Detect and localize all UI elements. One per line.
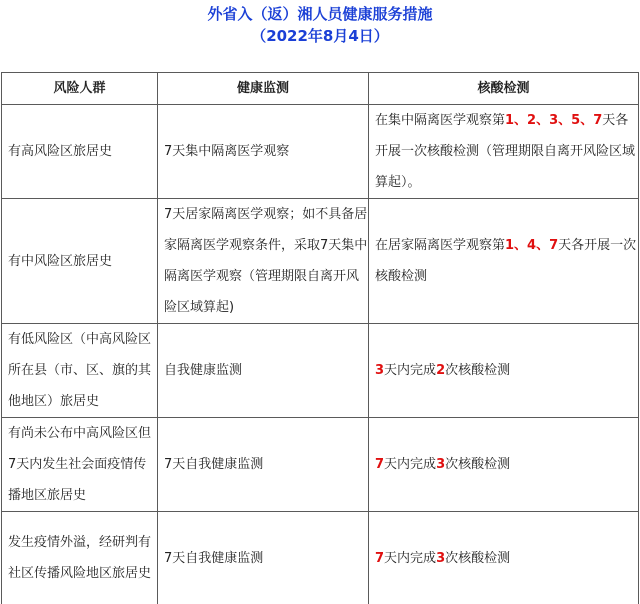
testing-text: 天内完成 [384, 363, 436, 378]
policy-table: 风险人群 健康监测 核酸检测 有高风险区旅居史 7天集中隔离医学观察 在集中隔离… [1, 72, 639, 604]
testing-days-number: 7 [375, 457, 384, 472]
testing-text: 在居家隔离医学观察第 [375, 238, 505, 253]
cell-health-monitoring: 7天居家隔离医学观察；如不具备居家隔离医学观察条件，采取7天集中隔离医学观察（管… [158, 199, 369, 324]
testing-text: 次核酸检测 [445, 363, 510, 378]
header-risk-group: 风险人群 [2, 73, 158, 105]
testing-text: 天内完成 [384, 457, 436, 472]
table-header-row: 风险人群 健康监测 核酸检测 [2, 73, 639, 105]
testing-days-highlight: 1、4、7 [505, 238, 558, 253]
testing-days-number: 7 [375, 551, 384, 566]
cell-nucleic-testing: 在居家隔离医学观察第1、4、7天各开展一次核酸检测 [369, 199, 639, 324]
testing-days-highlight: 1、2、3、5、7 [505, 113, 602, 128]
table-row: 有尚未公布中高风险区但7天内发生社会面疫情传播地区旅居史 7天自我健康监测 7天… [2, 418, 639, 512]
cell-health-monitoring: 7天自我健康监测 [158, 418, 369, 512]
cell-risk-group: 有高风险区旅居史 [2, 105, 158, 199]
header-nucleic-testing: 核酸检测 [369, 73, 639, 105]
cell-nucleic-testing: 7天内完成3次核酸检测 [369, 512, 639, 604]
cell-health-monitoring: 7天集中隔离医学观察 [158, 105, 369, 199]
table-row: 发生疫情外溢，经研判有社区传播风险地区旅居史 7天自我健康监测 7天内完成3次核… [2, 512, 639, 604]
testing-text: 天内完成 [384, 551, 436, 566]
table-row: 有低风险区（中高风险区所在县（市、区、旗的其他地区）旅居史 自我健康监测 3天内… [2, 324, 639, 418]
cell-nucleic-testing: 7天内完成3次核酸检测 [369, 418, 639, 512]
cell-health-monitoring: 7天自我健康监测 [158, 512, 369, 604]
testing-text: 次核酸检测 [445, 457, 510, 472]
testing-text: 次核酸检测 [445, 551, 510, 566]
document-title: 外省入（返）湘人员健康服务措施 [0, 3, 640, 25]
table-row: 有高风险区旅居史 7天集中隔离医学观察 在集中隔离医学观察第1、2、3、5、7天… [2, 105, 639, 199]
cell-nucleic-testing: 在集中隔离医学观察第1、2、3、5、7天各开展一次核酸检测（管理期限自离开风险区… [369, 105, 639, 199]
testing-days-number: 3 [375, 363, 384, 378]
testing-count-number: 3 [436, 457, 445, 472]
cell-risk-group: 发生疫情外溢，经研判有社区传播风险地区旅居史 [2, 512, 158, 604]
cell-health-monitoring: 自我健康监测 [158, 324, 369, 418]
cell-risk-group: 有尚未公布中高风险区但7天内发生社会面疫情传播地区旅居史 [2, 418, 158, 512]
cell-risk-group: 有低风险区（中高风险区所在县（市、区、旗的其他地区）旅居史 [2, 324, 158, 418]
testing-count-number: 2 [436, 363, 445, 378]
header-health-monitoring: 健康监测 [158, 73, 369, 105]
testing-text: 在集中隔离医学观察第 [375, 113, 505, 128]
cell-risk-group: 有中风险区旅居史 [2, 199, 158, 324]
testing-count-number: 3 [436, 551, 445, 566]
cell-nucleic-testing: 3天内完成2次核酸检测 [369, 324, 639, 418]
document-date: （2022年8月4日） [0, 25, 640, 47]
table-row: 有中风险区旅居史 7天居家隔离医学观察；如不具备居家隔离医学观察条件，采取7天集… [2, 199, 639, 324]
